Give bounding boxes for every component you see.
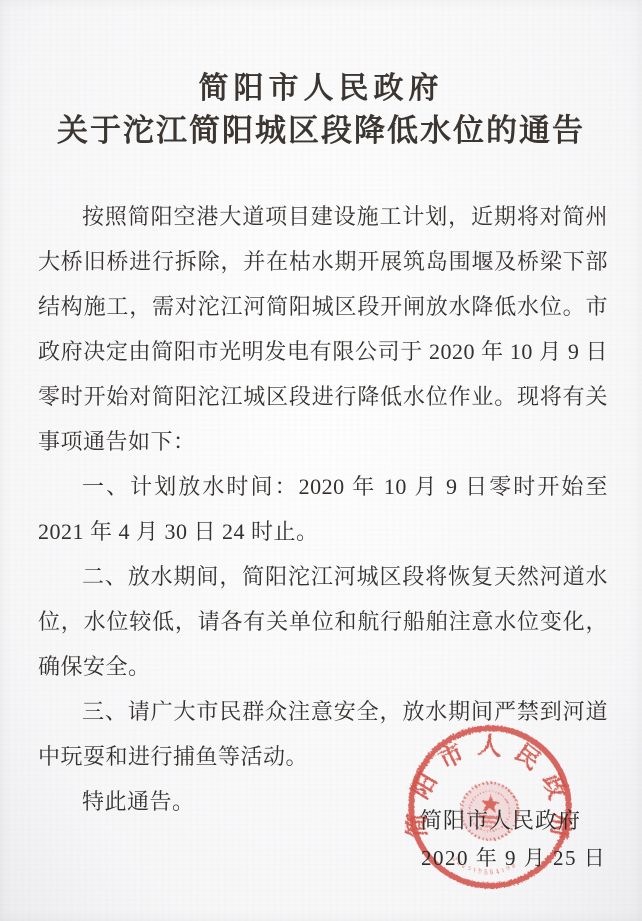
paragraph-intro: 按照简阳空港大道项目建设施工计划，近期将对简州大桥旧桥进行拆除，并在枯水期开展筑…	[38, 194, 608, 464]
signature-date: 2020 年 9 月 25 日	[421, 842, 606, 872]
title-block: 简阳市人民政府 关于沱江简阳城区段降低水位的通告	[0, 0, 642, 152]
document-page: 简阳市人民政府 关于沱江简阳城区段降低水位的通告 按照简阳空港大道项目建设施工计…	[0, 0, 642, 921]
paragraph-item-1: 一、计划放水时间：2020 年 10 月 9 日零时开始至 2021 年 4 月…	[38, 464, 608, 554]
paragraph-item-2: 二、放水期间，简阳沱江河城区段将恢复天然河道水位，水位较低，请各有关单位和航行船…	[38, 554, 608, 689]
document-subtitle: 关于沱江简阳城区段降低水位的通告	[0, 110, 642, 152]
document-title: 简阳市人民政府	[0, 70, 642, 108]
signature-issuer: 简阳市人民政府	[420, 804, 581, 835]
